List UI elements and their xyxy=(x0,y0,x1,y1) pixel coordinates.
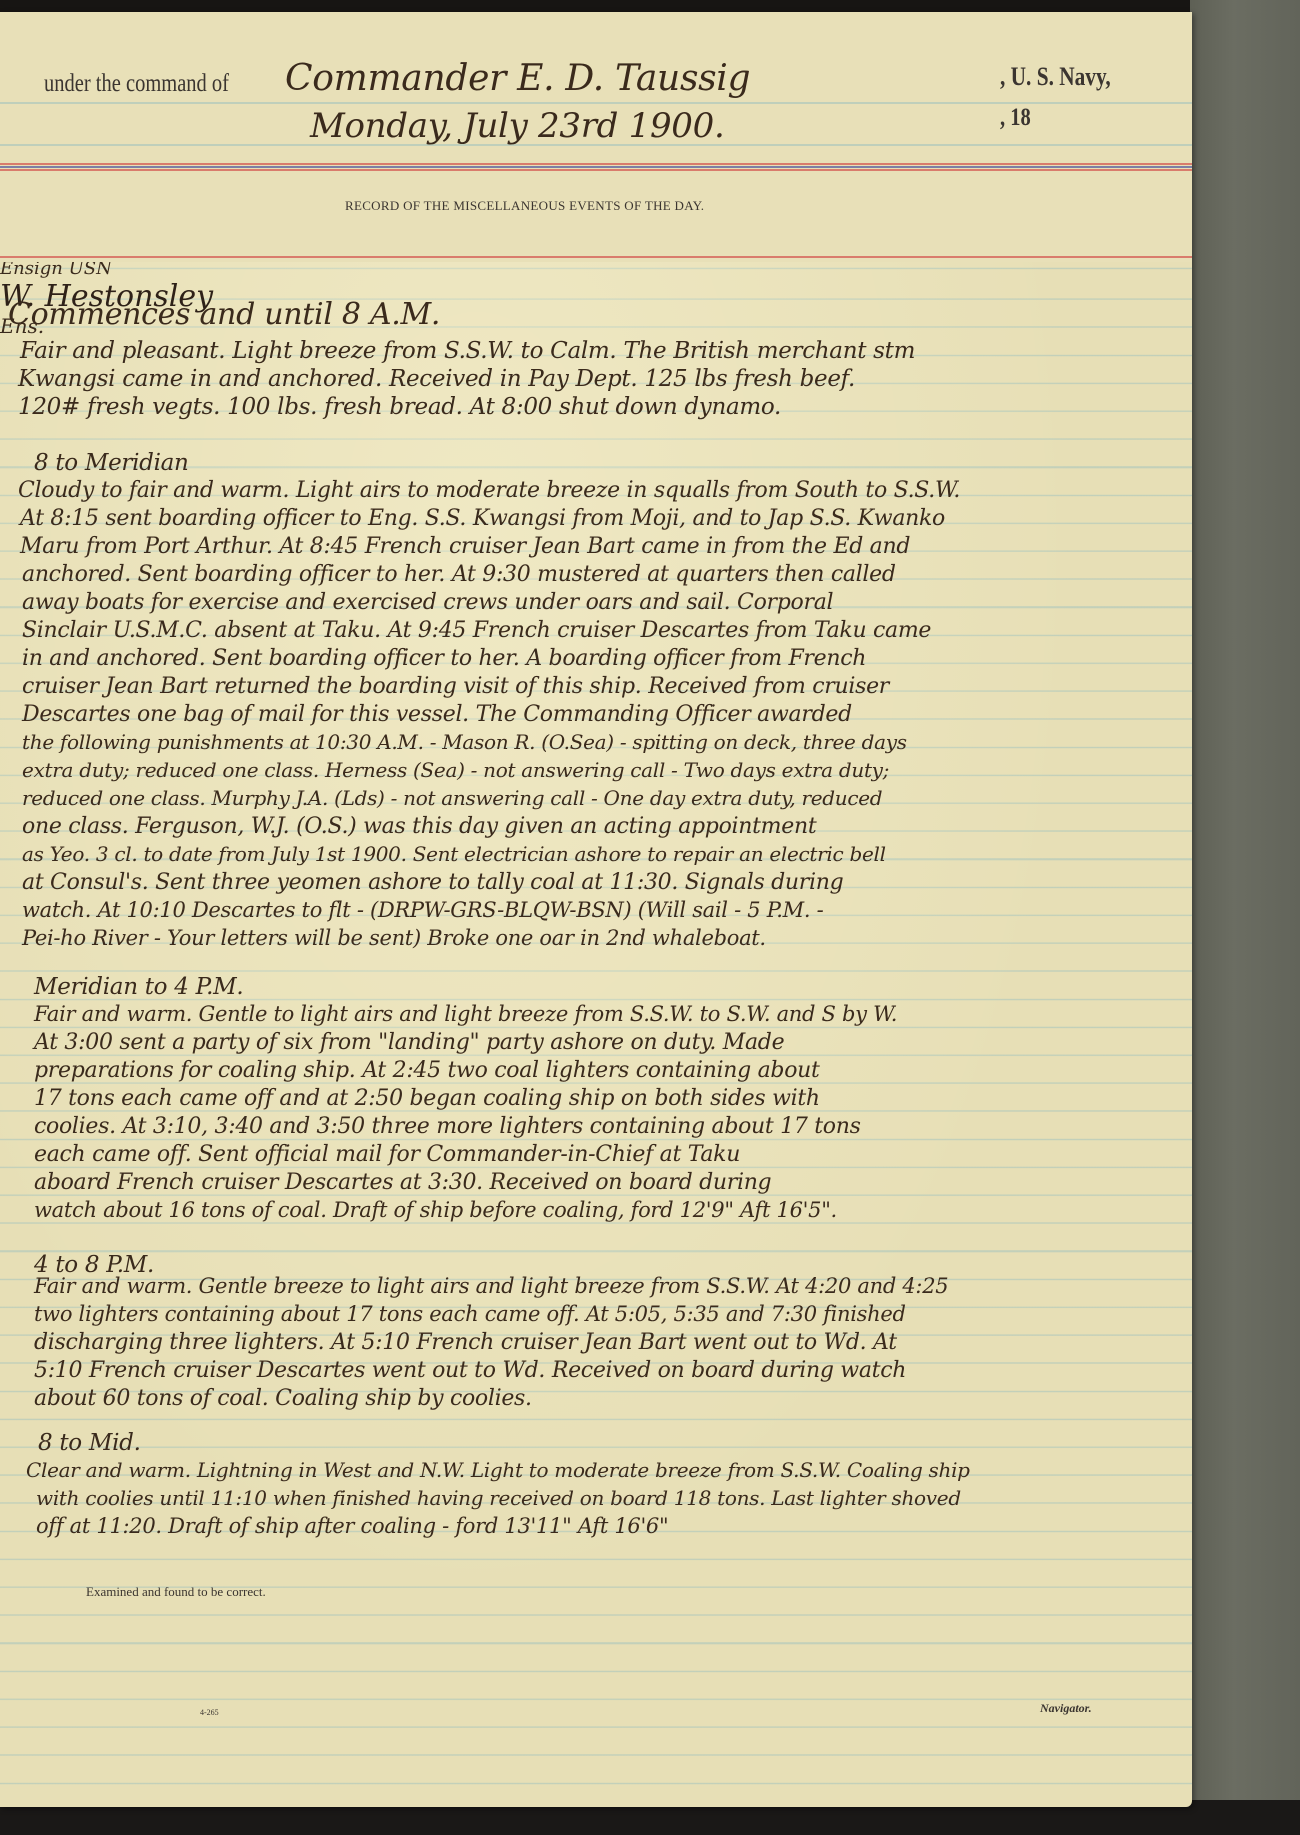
log-line: extra duty; reduced one class. Herness (… xyxy=(22,758,889,782)
form-number: 4-265 xyxy=(200,1708,219,1717)
log-line: in and anchored. Sent boarding officer t… xyxy=(22,646,866,671)
log-line: Sinclair U.S.M.C. absent at Taku. At 9:4… xyxy=(22,618,931,643)
log-line: two lighters containing about 17 tons ea… xyxy=(34,1302,906,1326)
log-line: coolies. At 3:10, 3:40 and 3:50 three mo… xyxy=(34,1114,861,1139)
log-line: Fair and warm. Gentle breeze to light ai… xyxy=(34,1274,948,1298)
log-line: watch. At 10:10 Descartes to flt - (DRPW… xyxy=(22,898,823,922)
navigator-label: Navigator. xyxy=(1040,1701,1092,1716)
navy-label: , U. S. Navy, xyxy=(1000,62,1111,92)
commander-name: Commander E. D. Taussig xyxy=(285,58,750,99)
log-line: discharging three lighters. At 5:10 Fren… xyxy=(34,1330,897,1355)
log-line: Pei-ho River - Your letters will be sent… xyxy=(22,926,766,950)
log-line: Kwangsi came in and anchored. Received i… xyxy=(18,366,855,392)
watch-heading: 8 to Meridian xyxy=(34,450,189,476)
log-line: the following punishments at 10:30 A.M. … xyxy=(22,730,907,754)
log-date: Monday, July 23rd 1900. xyxy=(310,106,724,146)
examined-label: Examined and found to be correct. xyxy=(86,1584,266,1600)
log-line: cruiser Jean Bart returned the boarding … xyxy=(22,674,889,699)
log-line: 120# fresh vegts. 100 lbs. fresh bread. … xyxy=(18,394,781,420)
year-label: , 18 xyxy=(1000,104,1031,132)
log-line: Cloudy to fair and warm. Light airs to m… xyxy=(18,478,960,503)
log-page: under the command of Commander E. D. Tau… xyxy=(0,12,1192,1807)
log-line: Maru from Port Arthur. At 8:45 French cr… xyxy=(20,534,910,559)
log-line: aboard French cruiser Descartes at 3:30.… xyxy=(34,1170,771,1195)
command-label: under the command of xyxy=(44,70,229,98)
log-line: Fair and pleasant. Light breeze from S.S… xyxy=(20,338,915,364)
watch-heading: 8 to Mid. xyxy=(38,1430,141,1456)
log-line: at Consul's. Sent three yeomen ashore to… xyxy=(22,870,843,895)
header-rule-red-bottom xyxy=(0,169,1192,171)
header-rule-red-lower xyxy=(0,256,1192,258)
log-line: Fair and warm. Gentle to light airs and … xyxy=(34,1002,897,1026)
watch-heading: Meridian to 4 P.M. xyxy=(34,974,243,1000)
record-title: RECORD OF THE MISCELLANEOUS EVENTS OF TH… xyxy=(345,198,704,214)
log-line: preparations for coaling ship. At 2:45 t… xyxy=(34,1058,820,1083)
log-line: At 3:00 sent a party of six from "landin… xyxy=(34,1030,784,1055)
log-line: each came off. Sent official mail for Co… xyxy=(34,1142,740,1167)
log-line: At 8:15 sent boarding officer to Eng. S.… xyxy=(20,506,945,531)
log-line: as Yeo. 3 cl. to date from July 1st 1900… xyxy=(22,842,886,866)
log-line: reduced one class. Murphy J.A. (Lds) - n… xyxy=(22,786,882,810)
log-line: Descartes one bag of mail for this vesse… xyxy=(22,702,852,727)
header-rule-red-top xyxy=(0,163,1192,165)
log-line: off at 11:20. Draft of ship after coalin… xyxy=(36,1514,668,1538)
header-rule-blue xyxy=(0,166,1192,168)
log-line: about 60 tons of coal. Coaling ship by c… xyxy=(34,1386,532,1411)
log-line: away boats for exercise and exercised cr… xyxy=(22,590,833,615)
watch-heading: Commences and until 8 A.M. xyxy=(8,297,440,332)
log-line: 5:10 French cruiser Descartes went out t… xyxy=(34,1358,906,1383)
log-line: anchored. Sent boarding officer to her. … xyxy=(22,562,896,587)
log-line: 17 tons each came off and at 2:50 began … xyxy=(34,1086,820,1111)
log-line: one class. Ferguson, W.J. (O.S.) was thi… xyxy=(22,814,816,839)
scan-backing-board xyxy=(1190,0,1300,1835)
log-line: with coolies until 11:10 when finished h… xyxy=(36,1486,961,1510)
log-line: watch about 16 tons of coal. Draft of sh… xyxy=(34,1198,837,1222)
log-line: Clear and warm. Lightning in West and N.… xyxy=(26,1458,970,1482)
